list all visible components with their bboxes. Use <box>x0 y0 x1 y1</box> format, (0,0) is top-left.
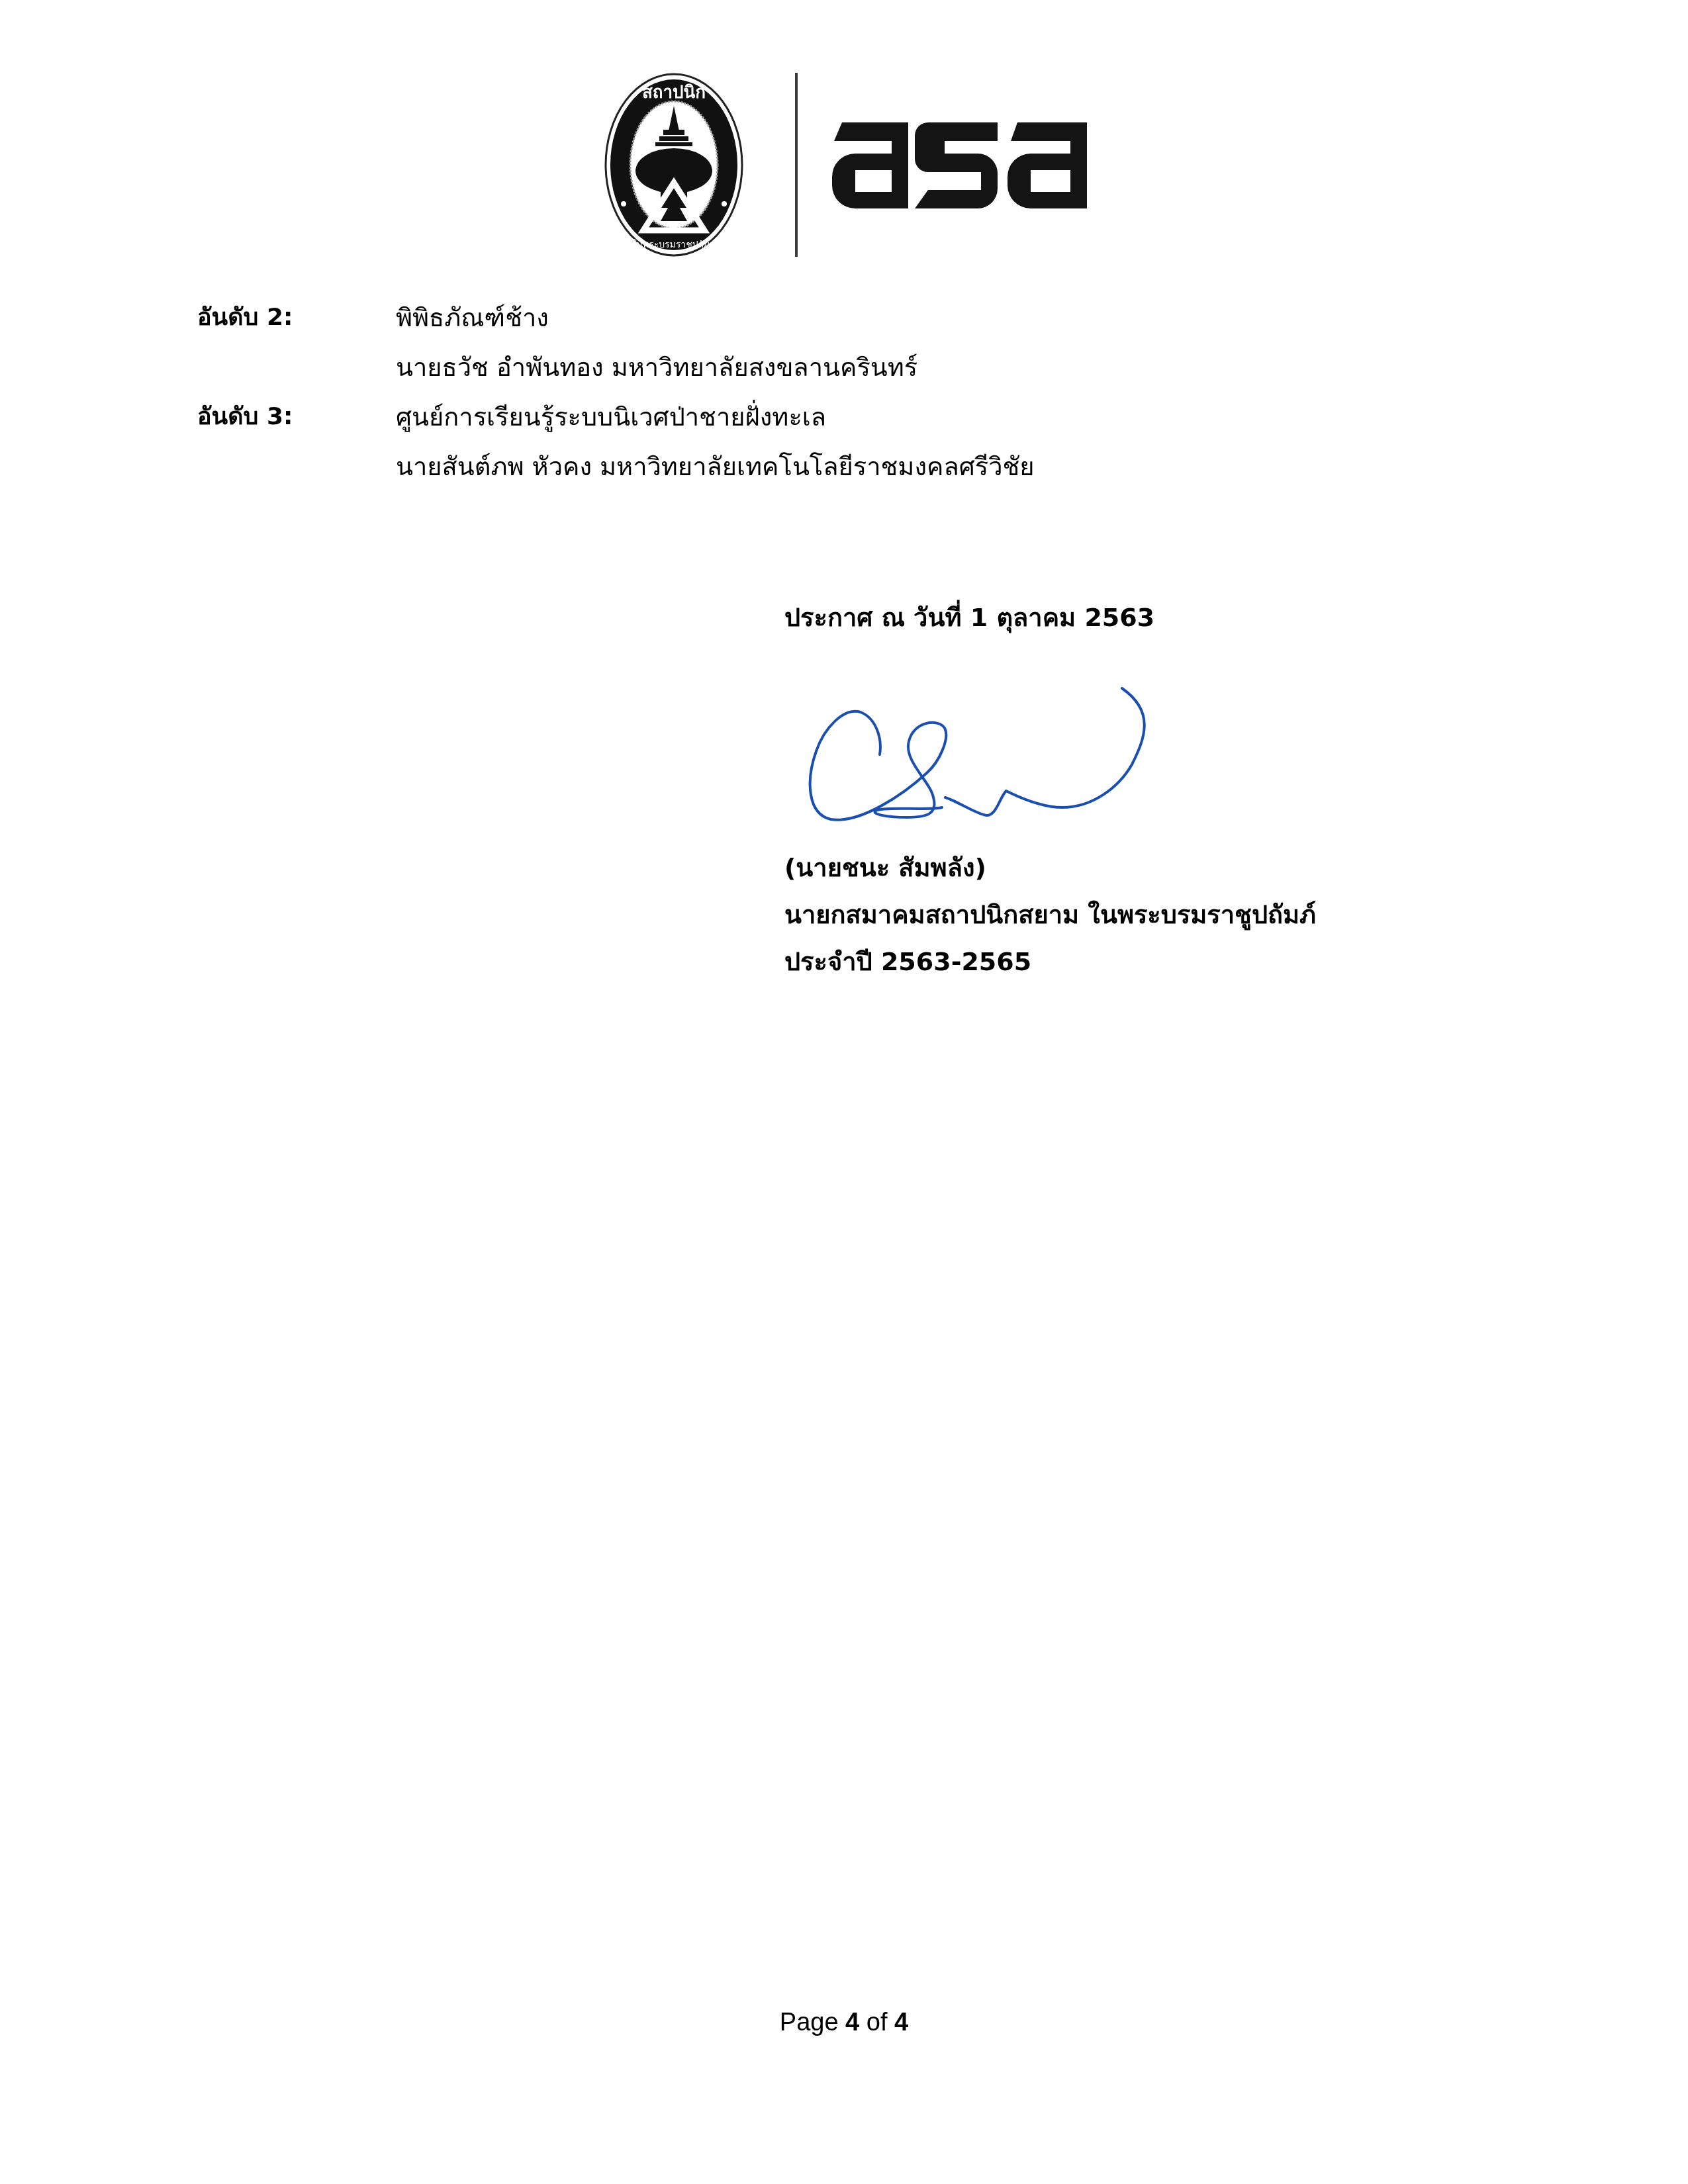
project-name: พิพิธภัณฑ์ช้าง <box>396 299 549 336</box>
announcement-date-block: ประกาศ ณ วันที่ 1 ตุลาคม 2563 <box>784 599 1154 636</box>
association-emblem-icon: สถาปนิก ในพระบรมราชูปถัมภ์ <box>604 71 744 258</box>
page-sep: of <box>867 2009 888 2036</box>
author-affiliation: นายสันต์ภพ หัวคง มหาวิทยาลัยเทคโนโลยีราช… <box>396 448 1035 485</box>
signer-name: (นายชนะ สัมพลัง) <box>784 849 1316 896</box>
svg-text:สถาปนิก: สถาปนิก <box>642 83 706 103</box>
signer-block: (นายชนะ สัมพลัง) นายกสมาคมสถาปนิกสยาม ใน… <box>784 849 1316 990</box>
signer-term: ประจำปี 2563-2565 <box>784 943 1316 990</box>
rank-label: อันดับ 2: <box>197 299 396 336</box>
signer-title: นายกสมาคมสถาปนิกสยาม ในพระบรมราชูปถัมภ์ <box>784 896 1316 943</box>
logo-divider <box>795 73 798 257</box>
page-total: 4 <box>894 2009 908 2036</box>
project-name: ศูนย์การเรียนรู้ระบบนิเวศป่าชายฝั่งทะเล <box>396 398 826 435</box>
announcement-date: ประกาศ ณ วันที่ 1 ตุลาคม 2563 <box>784 599 1154 636</box>
rank-label: อันดับ 3: <box>197 398 396 435</box>
page-prefix: Page <box>780 2009 839 2036</box>
author-affiliation: นายธวัช อำพันทอง มหาวิทยาลัยสงขลานครินทร… <box>396 349 917 386</box>
page-current: 4 <box>845 2009 859 2036</box>
handwritten-signature-icon <box>798 682 1188 827</box>
asa-wordmark-icon <box>829 122 1087 208</box>
svg-text:ในพระบรมราชูปถัมภ์: ในพระบรมราชูปถัมภ์ <box>632 239 716 250</box>
page-number: Page 4 of 4 <box>0 2009 1688 2037</box>
